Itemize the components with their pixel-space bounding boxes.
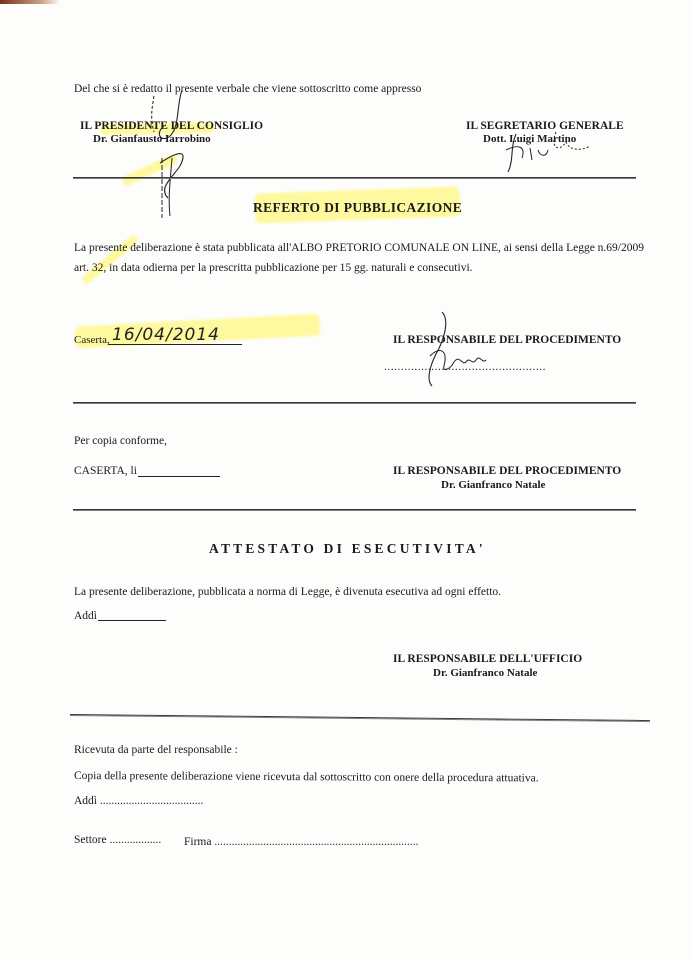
copy-responsible-name: Dr. Gianfranco Natale <box>441 479 545 491</box>
secretary-signature <box>500 128 600 183</box>
ricevuta-line-1: Ricevuta da parte del responsabile : <box>74 744 238 756</box>
president-signature <box>140 88 210 233</box>
ricevuta-settore: Settore .................. <box>74 834 161 846</box>
paper-edge-stain <box>0 0 60 4</box>
referto-place-label: Caserta, <box>74 334 110 346</box>
attestato-responsible-title: IL RESPONSABILE DELL'UFFICIO <box>393 653 582 665</box>
copy-place-label: CASERTA, li <box>74 465 137 477</box>
referto-heading: REFERTO DI PUBBLICAZIONE <box>253 200 462 216</box>
divider <box>73 177 636 179</box>
attestato-line-1: La presente deliberazione, pubblicata a … <box>74 586 501 598</box>
ricevuta-line-2: Copia della presente deliberazione viene… <box>74 770 539 784</box>
referto-line-1: La presente deliberazione è stata pubbli… <box>74 242 644 254</box>
attestato-addi-label: Addì <box>74 610 97 622</box>
responsible-signature <box>420 310 500 395</box>
divider <box>73 402 636 404</box>
copy-date-blank <box>138 476 220 477</box>
divider <box>70 714 650 722</box>
referto-line-2: art. 32, in data odierna per la prescrit… <box>74 262 473 274</box>
divider <box>73 509 636 511</box>
attestato-date-blank <box>98 620 166 621</box>
attestato-heading: ATTESTATO DI ESECUTIVITA' <box>209 541 486 557</box>
ricevuta-addi: Addì ...................................… <box>74 795 203 807</box>
document-page: Del che si è redatto il presente verbale… <box>0 0 692 960</box>
handwritten-date: 16/04/2014 <box>112 325 220 345</box>
copy-line-1: Per copia conforme, <box>74 435 167 447</box>
copy-responsible-title: IL RESPONSABILE DEL PROCEDIMENTO <box>393 465 621 477</box>
intro-text: Del che si è redatto il presente verbale… <box>74 83 421 95</box>
ricevuta-firma: Firma ..................................… <box>184 836 418 848</box>
attestato-responsible-name: Dr. Gianfranco Natale <box>433 667 537 679</box>
